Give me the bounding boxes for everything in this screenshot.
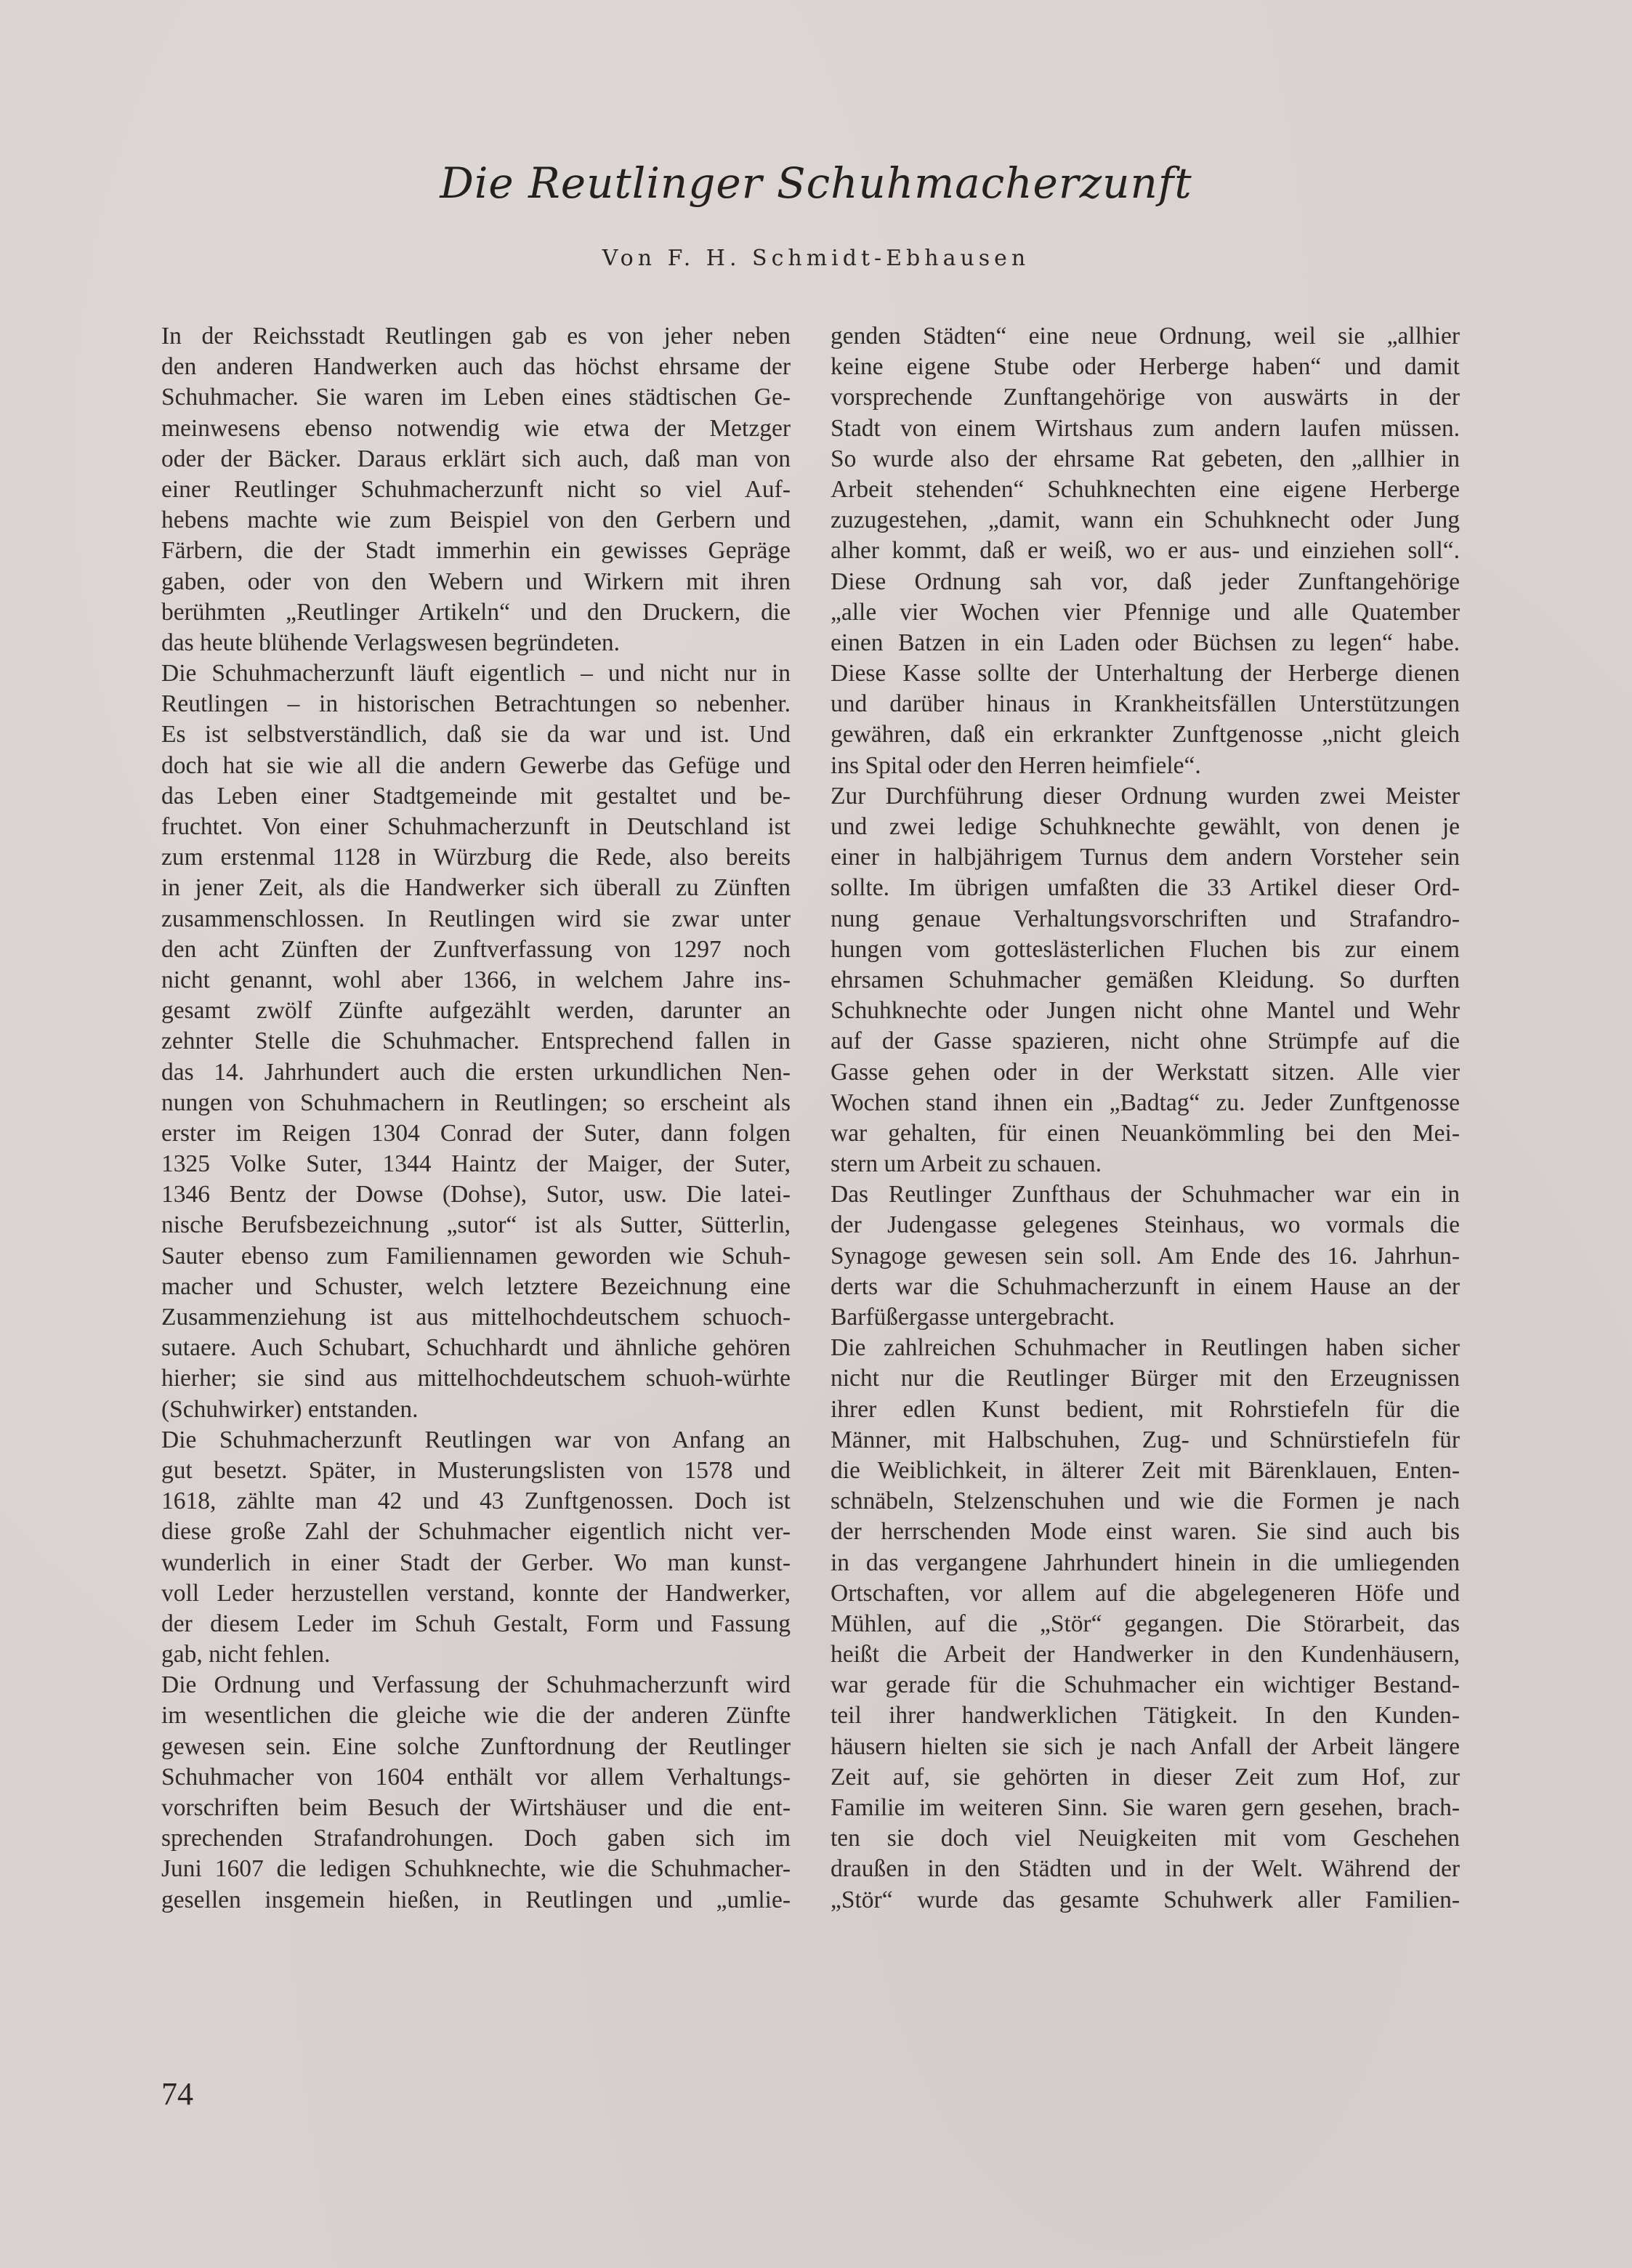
text-line: gaben, oder von den Webern und Wirkern m…	[161, 567, 791, 597]
text-line: zehnter Stelle die Schuhmacher. Entsprec…	[161, 1026, 791, 1057]
text-line: wunderlich in einer Stadt der Gerber. Wo…	[161, 1548, 791, 1578]
text-line: gut besetzt. Später, in Musterungslisten…	[161, 1456, 791, 1486]
text-line: draußen in den Städten und in der Welt. …	[831, 1854, 1460, 1884]
text-line: vorschriften beim Besuch der Wirtshäuser…	[161, 1793, 791, 1823]
text-line: Juni 1607 die ledigen Schuhknechte, wie …	[161, 1854, 791, 1884]
text-line: erster im Reigen 1304 Conrad der Suter, …	[161, 1118, 791, 1149]
text-line: und zwei ledige Schuhknechte gewählt, vo…	[831, 812, 1460, 842]
text-line: doch hat sie wie all die andern Gewerbe …	[161, 751, 791, 781]
text-line: den acht Zünften der Zunftverfassung von…	[161, 935, 791, 965]
text-line: Arbeit stehenden“ Schuhknechten eine eig…	[831, 475, 1460, 505]
document-page: Die Reutlinger Schuhmacherzunft Von F. H…	[0, 0, 1632, 2268]
text-line: im wesentlichen die gleiche wie die der …	[161, 1700, 791, 1731]
text-line: diese große Zahl der Schuhmacher eigentl…	[161, 1517, 791, 1547]
text-line: Wochen stand ihnen ein „Badtag“ zu. Jede…	[831, 1088, 1460, 1118]
text-line: So wurde also der ehrsame Rat gebeten, d…	[831, 444, 1460, 475]
text-line: genden Städten“ eine neue Ordnung, weil …	[831, 321, 1460, 352]
text-line: das Leben einer Stadtgemeinde mit gestal…	[161, 781, 791, 812]
text-line: Zusammenziehung ist aus mittelhochdeutsc…	[161, 1302, 791, 1333]
text-line: in jener Zeit, als die Handwerker sich ü…	[161, 873, 791, 903]
text-line: zuzugestehen, „damit, wann ein Schuhknec…	[831, 505, 1460, 536]
text-line: berühmten „Reutlinger Artikeln“ und den …	[161, 597, 791, 628]
text-line: vorsprechende Zunftangehörige von auswär…	[831, 382, 1460, 413]
text-line: teil ihrer handwerklichen Tätigkeit. In …	[831, 1700, 1460, 1731]
text-line: Männer, mit Halbschuhen, Zug- und Schnür…	[831, 1425, 1460, 1456]
text-line: zum erstenmal 1128 in Würzburg die Rede,…	[161, 842, 791, 873]
text-line: Mühlen, auf die „Stör“ gegangen. Die Stö…	[831, 1609, 1460, 1639]
text-line: 1325 Volke Suter, 1344 Haintz der Maiger…	[161, 1149, 791, 1179]
text-line: Stadt von einem Wirtshaus zum andern lau…	[831, 413, 1460, 444]
text-line: einen Batzen in ein Laden oder Büchsen z…	[831, 628, 1460, 658]
text-line: ihrer edlen Kunst bedient, mit Rohrstief…	[831, 1395, 1460, 1425]
text-line: 1618, zählte man 42 und 43 Zunftgenossen…	[161, 1486, 791, 1517]
text-line: Barfüßergasse untergebracht.	[831, 1302, 1460, 1333]
text-line: Schuhmacher von 1604 enthält vor allem V…	[161, 1762, 791, 1793]
text-line: gewesen sein. Eine solche Zunftordnung d…	[161, 1732, 791, 1762]
text-line: den anderen Handwerken auch das höchst e…	[161, 352, 791, 382]
text-line: war gerade für die Schuhmacher ein wicht…	[831, 1670, 1460, 1700]
text-line: fruchtet. Von einer Schuhmacherzunft in …	[161, 812, 791, 842]
text-line: gab, nicht fehlen.	[161, 1639, 791, 1670]
text-line: der herrschenden Mode einst waren. Sie s…	[831, 1517, 1460, 1547]
text-line: ten sie doch viel Neuigkeiten mit vom Ge…	[831, 1823, 1460, 1854]
text-line: „Stör“ wurde das gesamte Schuhwerk aller…	[831, 1885, 1460, 1916]
text-line: meinwesens ebenso notwendig wie etwa der…	[161, 413, 791, 444]
text-line: gewähren, daß ein erkrankter Zunftgenoss…	[831, 719, 1460, 750]
text-line: nicht genannt, wohl aber 1366, in welche…	[161, 965, 791, 996]
text-line: gesamt zwölf Zünfte aufgezählt werden, d…	[161, 996, 791, 1026]
text-line: Zeit auf, sie gehörten in dieser Zeit zu…	[831, 1762, 1460, 1793]
text-line: ins Spital oder den Herren heimfiele“.	[831, 751, 1460, 781]
text-line: derts war die Schuhmacherzunft in einem …	[831, 1272, 1460, 1302]
text-line: Reutlingen – in historischen Betrachtung…	[161, 689, 791, 719]
text-line: nungen von Schuhmachern in Reutlingen; s…	[161, 1088, 791, 1118]
text-line: Sauter ebenso zum Familiennamen geworden…	[161, 1241, 791, 1272]
text-line: schnäbeln, Stelzenschuhen und wie die Fo…	[831, 1486, 1460, 1517]
article-byline: Von F. H. Schmidt-Ebhausen	[0, 246, 1632, 271]
text-line: Schuhmacher. Sie waren im Leben eines st…	[161, 382, 791, 413]
text-line: das 14. Jahrhundert auch die ersten urku…	[161, 1057, 791, 1088]
text-line: In der Reichsstadt Reutlingen gab es von…	[161, 321, 791, 352]
text-line: stern um Arbeit zu schauen.	[831, 1149, 1460, 1179]
text-line: sprechenden Strafandrohungen. Doch gaben…	[161, 1823, 791, 1854]
text-line: sollte. Im übrigen umfaßten die 33 Artik…	[831, 873, 1460, 903]
text-line: heißt die Arbeit der Handwerker in den K…	[831, 1639, 1460, 1670]
text-line: in das vergangene Jahrhundert hinein in …	[831, 1548, 1460, 1578]
text-line: Ortschaften, vor allem auf die abgelegen…	[831, 1578, 1460, 1609]
text-column-right: genden Städten“ eine neue Ordnung, weil …	[831, 321, 1460, 1916]
text-line: Familie im weiteren Sinn. Sie waren gern…	[831, 1793, 1460, 1823]
text-line: voll Leder herzustellen verstand, konnte…	[161, 1578, 791, 1609]
text-line: war gehalten, für einen Neuankömmling be…	[831, 1118, 1460, 1149]
text-line: Die Schuhmacherzunft läuft eigentlich – …	[161, 658, 791, 689]
text-line: „alle vier Wochen vier Pfennige und alle…	[831, 597, 1460, 628]
text-line: oder der Bäcker. Daraus erklärt sich auc…	[161, 444, 791, 475]
article-title: Die Reutlinger Schuhmacherzunft	[0, 158, 1632, 208]
page-number: 74	[161, 2075, 193, 2112]
text-line: keine eigene Stube oder Herberge haben“ …	[831, 352, 1460, 382]
text-line: Die Ordnung und Verfassung der Schuhmach…	[161, 1670, 791, 1700]
text-line: die Weiblichkeit, in älterer Zeit mit Bä…	[831, 1456, 1460, 1486]
text-line: Die zahlreichen Schuhmacher in Reutlinge…	[831, 1333, 1460, 1363]
text-line: das heute blühende Verlagswesen begründe…	[161, 628, 791, 658]
text-line: einer Reutlinger Schuhmacherzunft nicht …	[161, 475, 791, 505]
text-line: macher und Schuster, welch letztere Beze…	[161, 1272, 791, 1302]
text-line: Färbern, die der Stadt immerhin ein gewi…	[161, 536, 791, 566]
text-line: hierher; sie sind aus mittelhochdeutsche…	[161, 1363, 791, 1394]
text-column-left: In der Reichsstadt Reutlingen gab es von…	[161, 321, 791, 1916]
text-line: Diese Kasse sollte der Unterhaltung der …	[831, 658, 1460, 689]
text-line: Das Reutlinger Zunfthaus der Schuhmacher…	[831, 1179, 1460, 1210]
text-line: einer in halbjährigem Turnus dem andern …	[831, 842, 1460, 873]
text-line: auf der Gasse spazieren, nicht ohne Strü…	[831, 1026, 1460, 1057]
text-line: der Judengasse gelegenes Steinhaus, wo v…	[831, 1210, 1460, 1240]
text-line: nische Berufsbezeichnung „sutor“ ist als…	[161, 1210, 791, 1240]
text-line: Schuhknechte oder Jungen nicht ohne Mant…	[831, 996, 1460, 1026]
text-line: Die Schuhmacherzunft Reutlingen war von …	[161, 1425, 791, 1456]
text-line: und darüber hinaus in Krankheitsfällen U…	[831, 689, 1460, 719]
text-line: zusammenschlossen. In Reutlingen wird si…	[161, 904, 791, 935]
text-line: alher kommt, daß er weiß, wo er aus- und…	[831, 536, 1460, 566]
text-line: Zur Durchführung dieser Ordnung wurden z…	[831, 781, 1460, 812]
text-line: Es ist selbstverständlich, daß sie da wa…	[161, 719, 791, 750]
text-line: häusern hielten sie sich je nach Anfall …	[831, 1732, 1460, 1762]
text-line: (Schuhwirker) entstanden.	[161, 1395, 791, 1425]
text-line: ehrsamen Schuhmacher gemäßen Kleidung. S…	[831, 965, 1460, 996]
text-line: Synagoge gewesen sein soll. Am Ende des …	[831, 1241, 1460, 1272]
text-line: 1346 Bentz der Dowse (Dohse), Sutor, usw…	[161, 1179, 791, 1210]
text-line: sutaere. Auch Schubart, Schuchhardt und …	[161, 1333, 791, 1363]
text-line: hungen vom gotteslästerlichen Fluchen bi…	[831, 935, 1460, 965]
text-line: Diese Ordnung sah vor, daß jeder Zunftan…	[831, 567, 1460, 597]
text-line: der diesem Leder im Schuh Gestalt, Form …	[161, 1609, 791, 1639]
text-line: hebens machte wie zum Beispiel von den G…	[161, 505, 791, 536]
text-line: Gasse gehen oder in der Werkstatt sitzen…	[831, 1057, 1460, 1088]
text-line: gesellen insgemein hießen, in Reutlingen…	[161, 1885, 791, 1916]
text-line: nicht nur die Reutlinger Bürger mit den …	[831, 1363, 1460, 1394]
text-line: nung genaue Verhaltungsvorschriften und …	[831, 904, 1460, 935]
